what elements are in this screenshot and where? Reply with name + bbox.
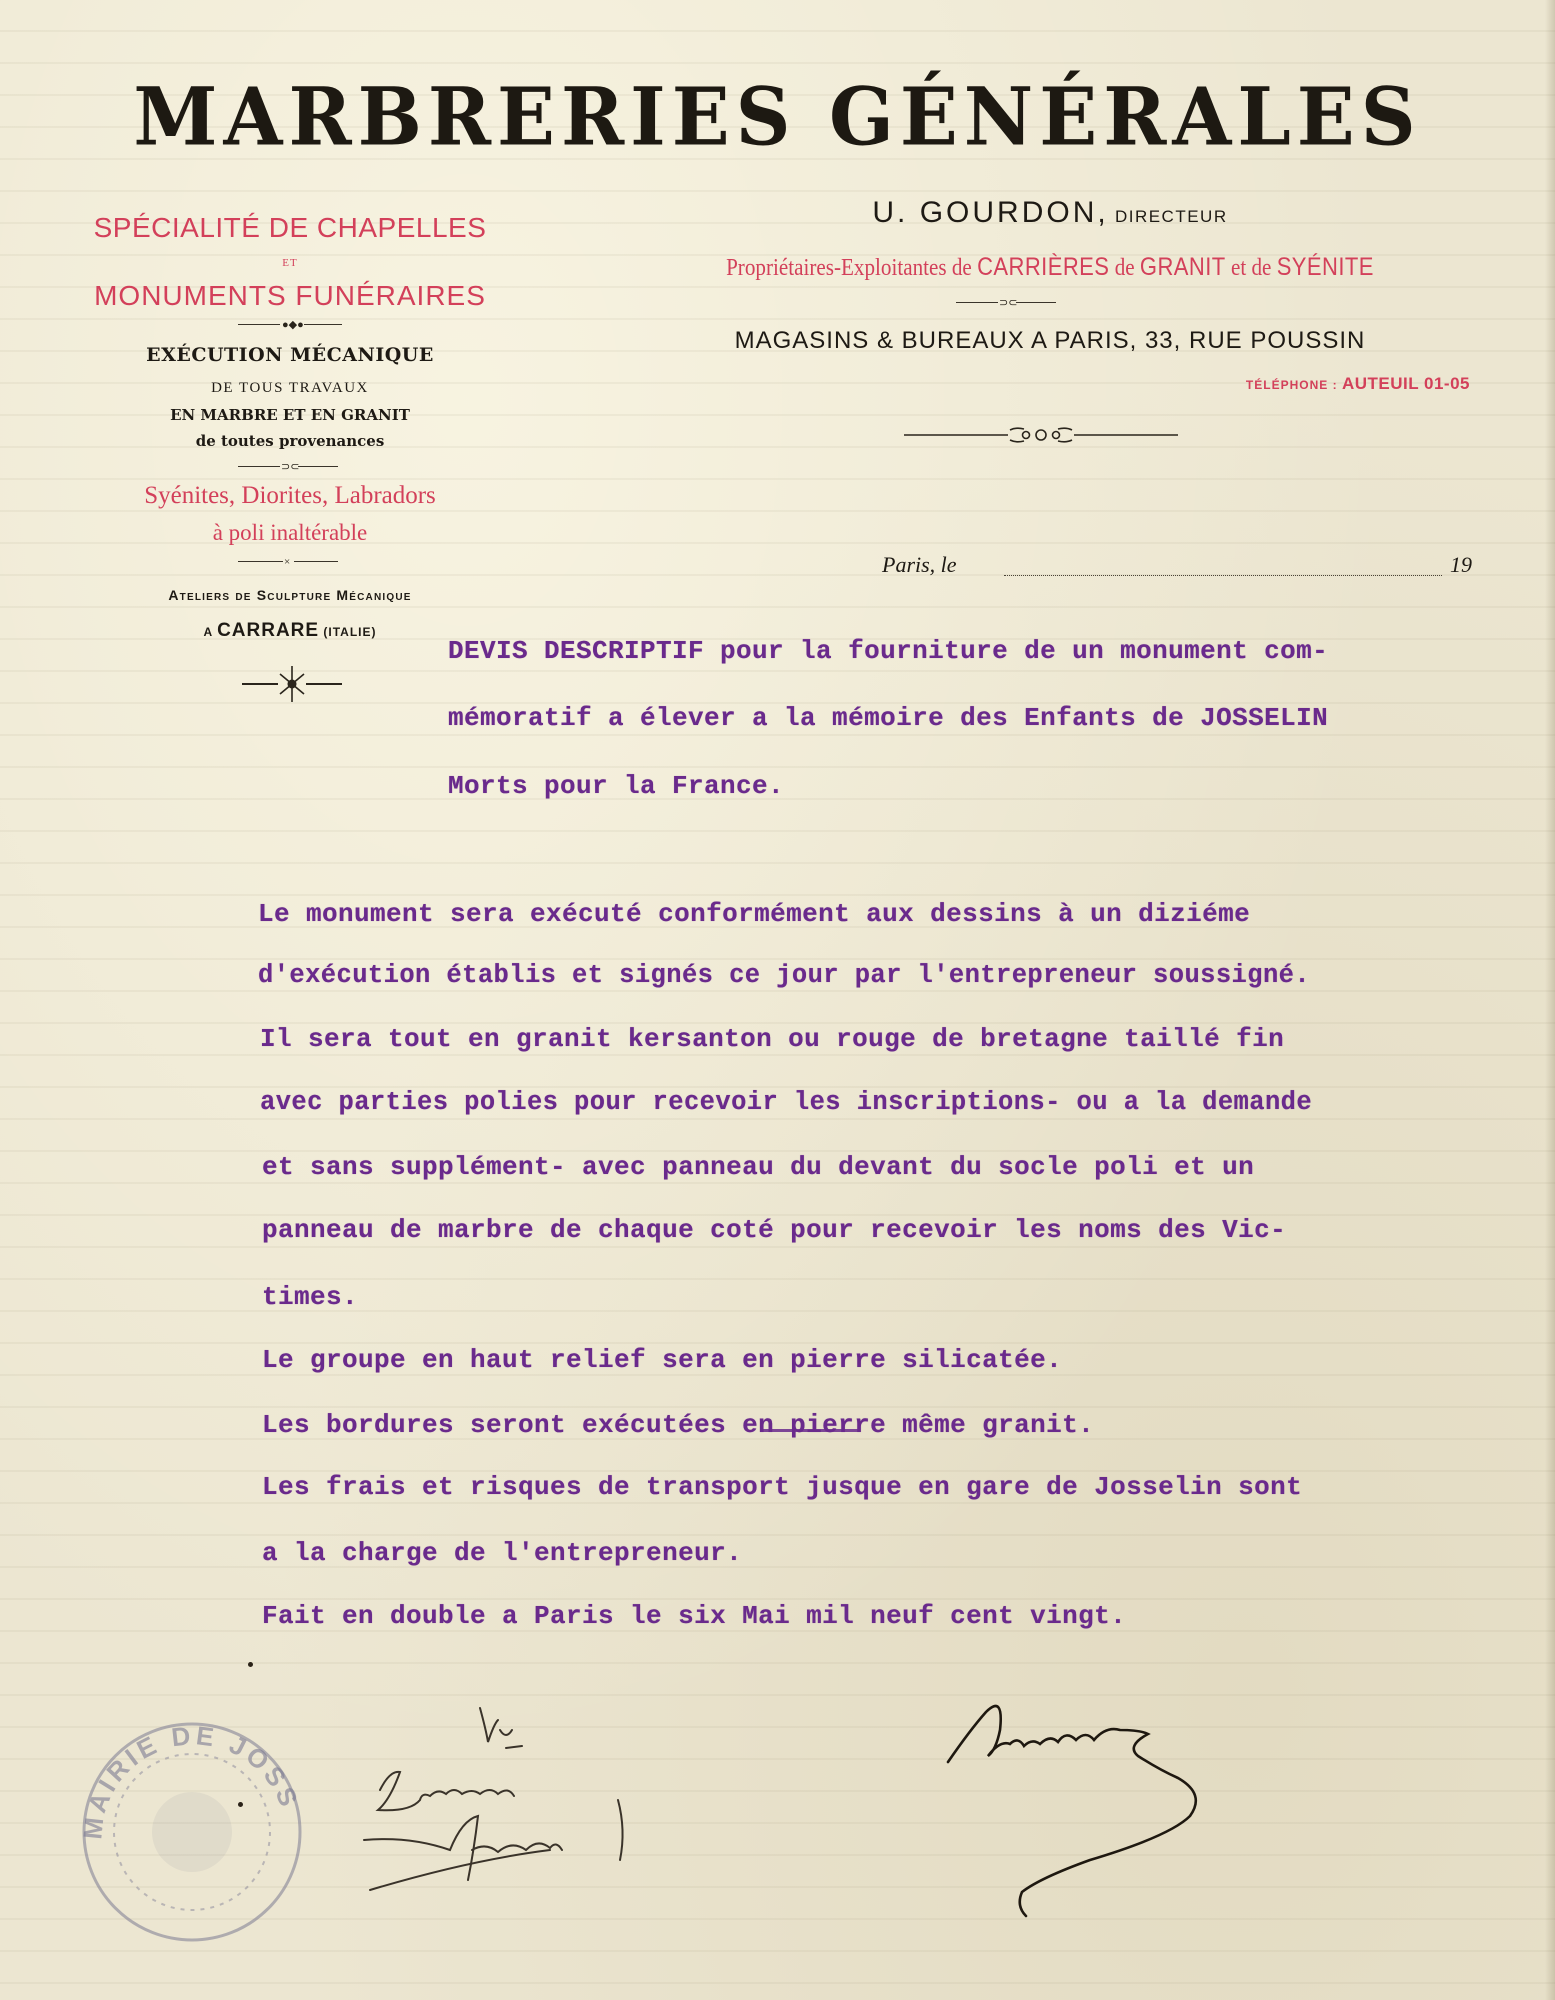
- ornamental-divider: ×: [238, 555, 338, 569]
- ornamental-divider: ⊃⊂: [238, 460, 338, 474]
- ornament-icon: ⊃⊂: [999, 296, 1017, 310]
- chain-ornament-divider: [904, 425, 1178, 445]
- granit-word: GRANIT: [1140, 253, 1226, 281]
- mayor-name: Guéda: [350, 1700, 353, 1701]
- carrieres-word: CARRIÈRES: [977, 253, 1109, 281]
- execution-mecanique: EXÉCUTION MÉCANIQUE: [40, 344, 540, 366]
- body-line: Les frais et risques de transport jusque…: [262, 1472, 1302, 1502]
- et-de-word: et de: [1226, 255, 1277, 281]
- telephone-line: TÉLÉPHONE : AUTEUIL 01-05: [1080, 374, 1470, 394]
- telephone-label: TÉLÉPHONE :: [1246, 378, 1342, 392]
- heading-line: DEVIS DESCRIPTIF pour la fourniture de u…: [448, 636, 1328, 666]
- heading-line: Morts pour la France.: [448, 771, 784, 801]
- ornament-icon: ⊃⊂: [281, 460, 299, 474]
- stamp-icon: MAIRIE DE JOSSELIN: [72, 1700, 307, 1950]
- chain-ornament-icon: [904, 425, 1178, 445]
- director-title: DIRECTEUR: [1109, 207, 1228, 226]
- date-prefix: Paris, le: [882, 552, 957, 577]
- document-body: Le monument sera exécuté conformément au…: [0, 120, 1555, 510]
- body-line: a la charge de l'entrepreneur.: [262, 1538, 742, 1568]
- director-line: U. GOURDON, DIRECTEUR: [560, 196, 1540, 230]
- mayor-signature-icon: Vu Le Maire Guéda: [350, 1700, 660, 1900]
- page-edge: [1545, 0, 1555, 2000]
- mayor-vu: Vu: [350, 1700, 352, 1701]
- telephone-value: AUTEUIL 01-05: [1342, 374, 1470, 393]
- proprietaires-text: Propriétaires-Exploitantes de: [726, 255, 977, 281]
- ornamental-divider: ●◆●: [238, 318, 342, 332]
- mairie-stamp: MAIRIE DE JOSSELIN: [72, 1700, 307, 1950]
- body-line: panneau de marbre de chaque coté pour re…: [262, 1215, 1286, 1245]
- mayor-signature-block: Vu Le Maire Guéda: [350, 1700, 660, 1900]
- date-field: Paris, le 19: [882, 552, 1472, 592]
- gourdon-signature-icon: Gourdon: [930, 1660, 1270, 1930]
- specialite-line: SPÉCIALITÉ DE CHAPELLES: [40, 212, 540, 244]
- proprietaires-line: Propriétaires-Exploitantes de CARRIÈRES …: [619, 253, 1481, 282]
- italie-word: (ITALIE): [319, 625, 376, 639]
- marbre-granit-line: EN MARBRE ET EN GRANIT: [40, 406, 540, 424]
- strikethrough-mark: [762, 1429, 858, 1432]
- body-line: et sans supplément- avec panneau du deva…: [262, 1152, 1254, 1182]
- carrare-word: CARRARE: [217, 620, 319, 641]
- ornament-icon: ×: [284, 555, 290, 569]
- company-name-title: MARBRERIES GÉNÉRALES: [0, 70, 1555, 163]
- body-line: d'exécution établis et signés ce jour pa…: [258, 961, 1310, 990]
- body-line: Il sera tout en granit kersanton ou roug…: [260, 1024, 1284, 1054]
- ink-dot: [248, 1662, 253, 1667]
- monuments-line: MONUMENTS FUNÉRAIRES: [40, 280, 540, 312]
- body-line: Le groupe en haut relief sera en pierre …: [262, 1345, 1062, 1375]
- body-line: Le monument sera exécuté conformément au…: [258, 899, 1250, 929]
- heading-line: mémoratif a élever a la mémoire des Enfa…: [448, 703, 1328, 733]
- director-name: U. GOURDON,: [872, 196, 1108, 229]
- date-year: 19: [1450, 552, 1472, 578]
- de-word: de: [1109, 255, 1139, 281]
- provenances-line: de toutes provenances: [40, 432, 540, 450]
- ornamental-divider: ⊃⊂: [956, 296, 1056, 310]
- body-line: Les bordures seront exécutées en pierre …: [262, 1410, 1094, 1440]
- body-line: Fait en double a Paris le six Mai mil ne…: [262, 1601, 1126, 1631]
- signature-text: Gourdon: [930, 1660, 934, 1661]
- star-ornament-icon: [242, 662, 342, 706]
- address-line: MAGASINS & BUREAUX A PARIS, 33, RUE POUS…: [560, 327, 1540, 355]
- date-blank-dotted-line: [1004, 575, 1442, 576]
- contractor-signature: Gourdon: [930, 1660, 1270, 1930]
- mayor-title: Le Maire: [350, 1700, 354, 1701]
- poli-inalterable-line: à poli inaltérable: [40, 520, 540, 546]
- syenite-word: SYÉNITE: [1277, 253, 1374, 281]
- et-connector: ET: [40, 257, 540, 269]
- ornament-icon: ●◆●: [282, 318, 304, 332]
- syenites-line: Syénites, Diorites, Labradors: [40, 482, 540, 510]
- body-line: avec parties polies pour recevoir les in…: [260, 1088, 1312, 1117]
- star-ornament-divider: [242, 662, 342, 706]
- body-line: times.: [262, 1282, 358, 1312]
- tous-travaux-line: DE TOUS TRAVAUX: [40, 380, 540, 397]
- carrare-prefix: A: [204, 625, 218, 639]
- ateliers-line: Ateliers de Sculpture Mécanique: [40, 587, 540, 603]
